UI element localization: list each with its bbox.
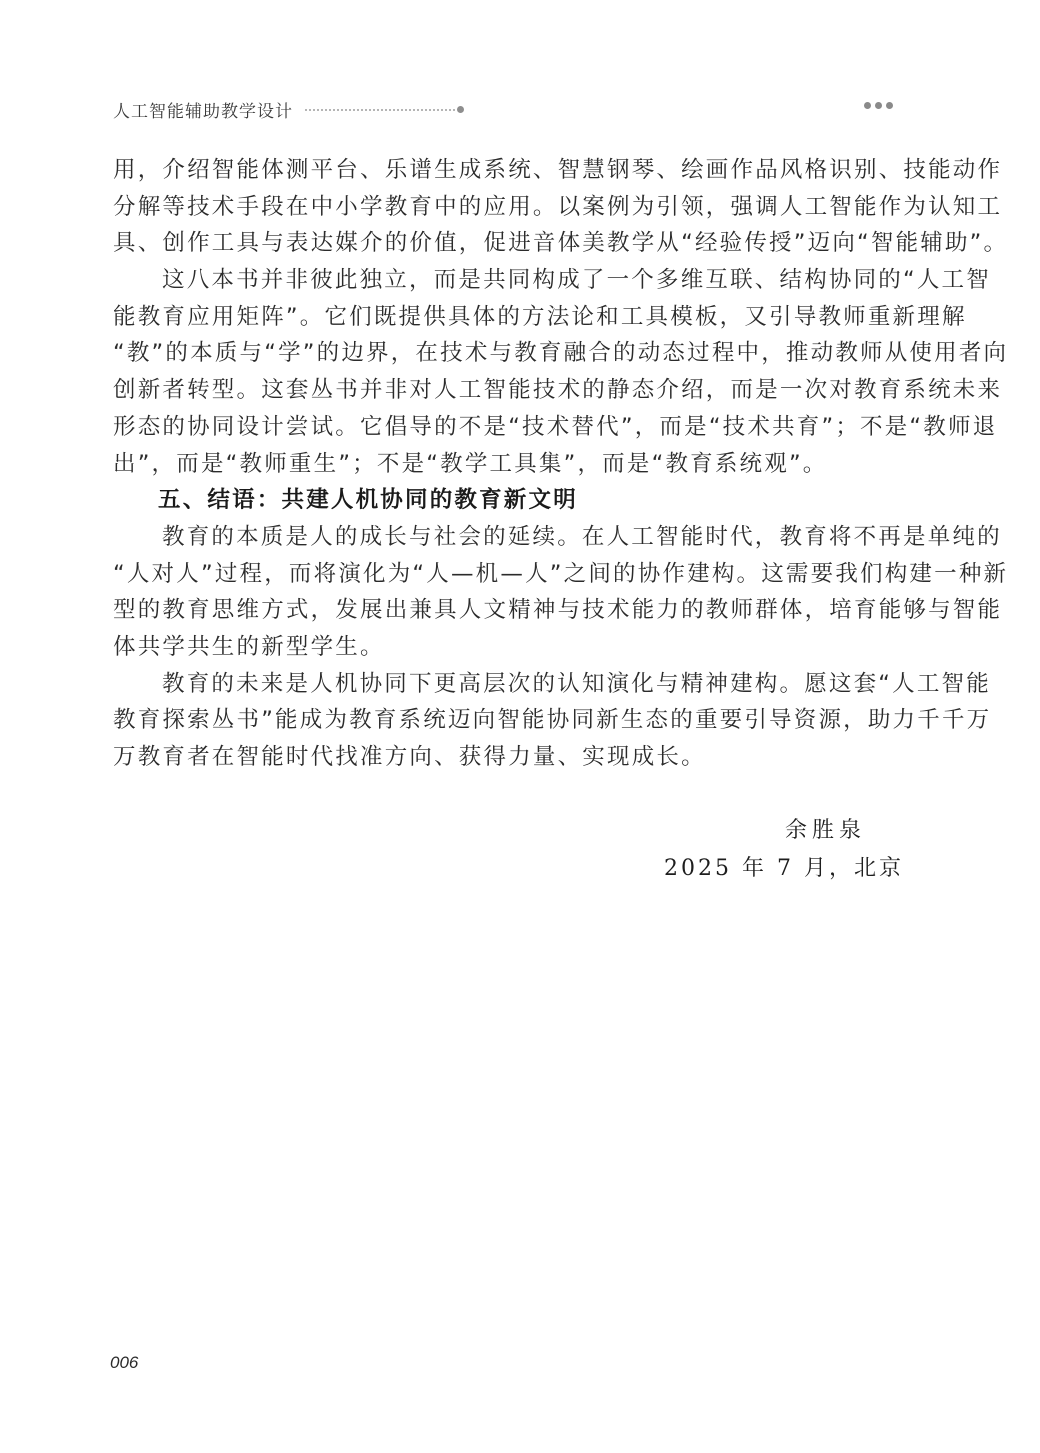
text-line: 万教育者在智能时代找准方向、获得力量、实现成长。 bbox=[113, 739, 913, 776]
date-place: 2025 年 7 月，北京 bbox=[664, 850, 904, 888]
more-dots-icon bbox=[864, 102, 893, 109]
text-line: 型的教育思维方式，发展出兼具人文精神与技术能力的教师群体，培育能够与智能 bbox=[113, 592, 913, 629]
text-line: 体共学共生的新型学生。 bbox=[113, 629, 913, 666]
text-line: 形态的协同设计尝试。它倡导的不是“技术替代”，而是“技术共育”；不是“教师退 bbox=[113, 409, 913, 446]
paragraph-start-line: 教育的本质是人的成长与社会的延续。在人工智能时代，教育将不再是单纯的 bbox=[113, 519, 913, 556]
running-title: 人工智能辅助教学设计 bbox=[113, 97, 293, 122]
text-line: 教育探索丛书”能成为教育系统迈向智能协同新生态的重要引导资源，助力千千万 bbox=[113, 702, 913, 739]
leader-end-dot-icon bbox=[457, 106, 464, 113]
running-header: 人工智能辅助教学设计 bbox=[113, 96, 913, 122]
text-line: 创新者转型。这套丛书并非对人工智能技术的静态介绍，而是一次对教育系统未来 bbox=[113, 372, 913, 409]
author-name: 余胜泉 bbox=[664, 812, 866, 850]
paragraph-start-line: 这八本书并非彼此独立，而是共同构成了一个多维互联、结构协同的“人工智 bbox=[113, 262, 913, 299]
text-line: “人对人”过程，而将演化为“人—机—人”之间的协作建构。这需要我们构建一种新 bbox=[113, 556, 913, 593]
text-line: 分解等技术手段在中小学教育中的应用。以案例为引领，强调人工智能作为认知工 bbox=[113, 189, 913, 226]
dot-leader-line bbox=[305, 107, 455, 111]
text-line: 能教育应用矩阵”。它们既提供具体的方法论和工具模板，又引导教师重新理解 bbox=[113, 299, 913, 336]
text-line: 用，介绍智能体测平台、乐谱生成系统、智慧钢琴、绘画作品风格识别、技能动作 bbox=[113, 152, 913, 189]
dot-icon bbox=[886, 102, 893, 109]
body-text: 用，介绍智能体测平台、乐谱生成系统、智慧钢琴、绘画作品风格识别、技能动作 分解等… bbox=[113, 152, 913, 776]
text-line: 具、创作工具与表达媒介的价值，促进音体美教学从“经验传授”迈向“智能辅助”。 bbox=[113, 225, 913, 262]
text-line: 出”，而是“教师重生”；不是“教学工具集”，而是“教育系统观”。 bbox=[113, 446, 913, 483]
dot-icon bbox=[875, 102, 882, 109]
page-number: 006 bbox=[110, 1353, 138, 1373]
text-line: “教”的本质与“学”的边界，在技术与教育融合的动态过程中，推动教师从使用者向 bbox=[113, 335, 913, 372]
section-heading: 五、结语：共建人机协同的教育新文明 bbox=[113, 482, 913, 519]
signature-block: 余胜泉 2025 年 7 月，北京 bbox=[664, 812, 904, 888]
paragraph-start-line: 教育的未来是人机协同下更高层次的认知演化与精神建构。愿这套“人工智能 bbox=[113, 666, 913, 703]
dot-icon bbox=[864, 102, 871, 109]
